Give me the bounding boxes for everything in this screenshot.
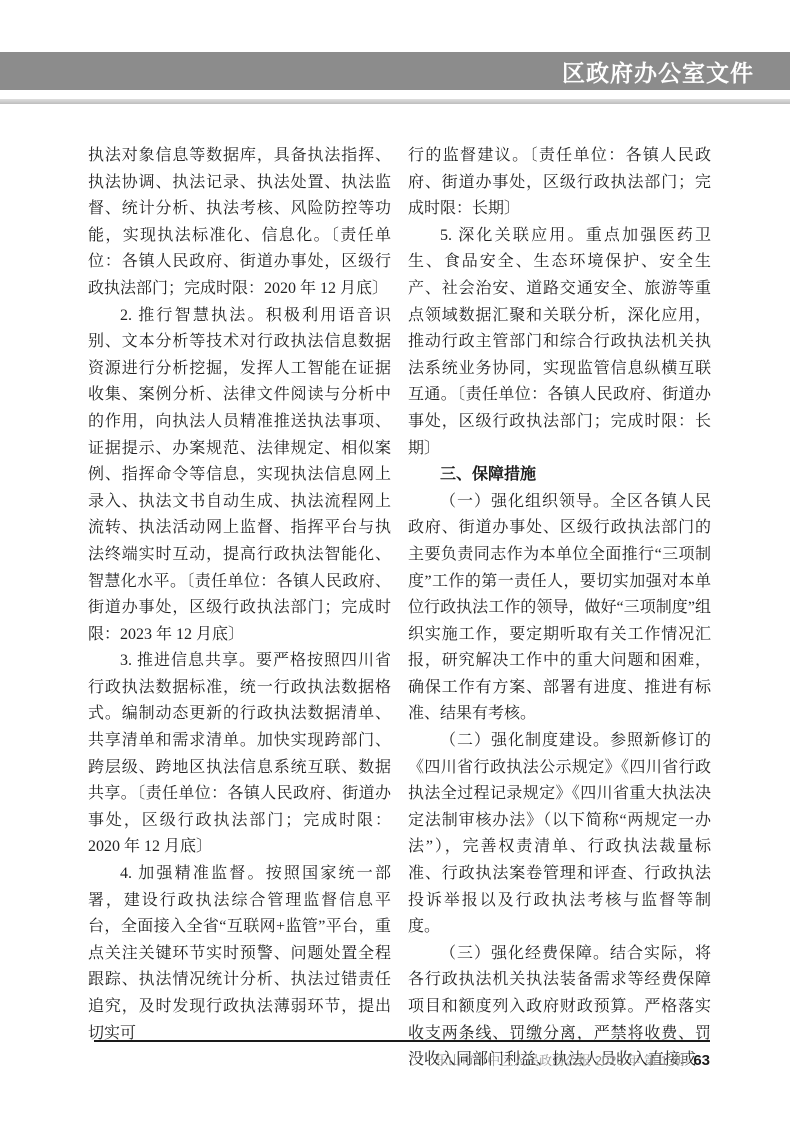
journal-title: 乐山市市中区人民政府公报 2020 年 第 1 期 — [435, 1053, 684, 1068]
document-page: 区政府办公室文件 执法对象信息等数据库，具备执法指挥、执法协调、执法记录、执法处… — [0, 0, 793, 1122]
paragraph: 4. 加强精准监督。按照国家统一部署，建设行政执法综合管理监督信息平台，全面接入… — [88, 861, 391, 1047]
paragraph: 3. 推进信息共享。要严格按照四川省行政执法数据标准，统一行政执法数据格式。编制… — [88, 648, 391, 861]
left-column: 执法对象信息等数据库，具备执法指挥、执法协调、执法记录、执法处置、执法监督、统计… — [88, 143, 391, 1074]
section-heading: 三、保障措施 — [408, 462, 711, 489]
header-banner-title: 区政府办公室文件 — [562, 55, 754, 88]
paragraph: 5. 深化关联应用。重点加强医药卫生、食品安全、生态环境保护、安全生产、社会治安… — [408, 223, 711, 462]
document-body: 执法对象信息等数据库，具备执法指挥、执法协调、执法记录、执法处置、执法监督、统计… — [88, 143, 711, 1074]
paragraph: （一）强化组织领导。全区各镇人民政府、街道办事处、区级行政执法部门的主要负责同志… — [408, 489, 711, 728]
header-divider — [0, 99, 790, 104]
right-column: 行的监督建议。〔责任单位：各镇人民政府、街道办事处，区级行政执法部门；完成时限：… — [408, 143, 711, 1074]
paragraph: 行的监督建议。〔责任单位：各镇人民政府、街道办事处，区级行政执法部门；完成时限：… — [408, 143, 711, 223]
page-number: 63 — [693, 1052, 710, 1069]
paragraph: （二）强化制度建设。参照新修订的《四川省行政执法公示规定》《四川省行政执法全过程… — [408, 728, 711, 941]
paragraph: 2. 推行智慧执法。积极利用语音识别、文本分析等技术对行政执法信息数据资源进行分… — [88, 303, 391, 649]
footer-divider — [94, 1040, 710, 1042]
page-footer: 乐山市市中区人民政府公报 2020 年 第 1 期63 — [94, 1050, 710, 1069]
header-banner: 区政府办公室文件 — [0, 52, 790, 90]
paragraph: 执法对象信息等数据库，具备执法指挥、执法协调、执法记录、执法处置、执法监督、统计… — [88, 143, 391, 303]
